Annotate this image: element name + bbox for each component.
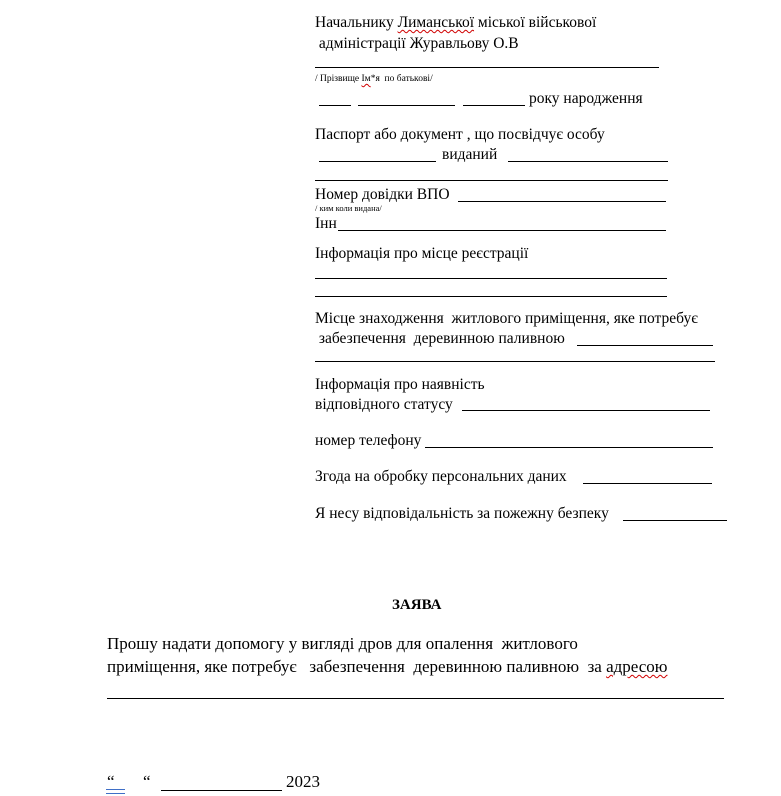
addressee-prefix: Начальнику: [315, 14, 398, 31]
date-month-blank[interactable]: [161, 790, 282, 791]
full-name-blank[interactable]: [315, 67, 659, 68]
full-name-hint: / Прізвище Ім*я по батькові/: [315, 74, 433, 85]
fire-safety-signature-blank[interactable]: [623, 520, 727, 521]
vpo-label: Номер довідки ВПО: [315, 186, 450, 204]
birth-year-label: року народження: [529, 90, 643, 108]
registration-blank-1[interactable]: [315, 278, 667, 279]
passport-label: Паспорт або документ , що посвідчує особ…: [315, 126, 605, 144]
inn-label: Інн: [315, 215, 337, 233]
phone-label: номер телефону: [315, 432, 421, 450]
dwelling-blank-1[interactable]: [577, 345, 713, 346]
birth-month-blank[interactable]: [358, 105, 455, 106]
date-year: 2023: [286, 772, 320, 792]
status-label-line-2: відповідного статусу: [315, 396, 453, 414]
phone-blank[interactable]: [425, 447, 713, 448]
statement-body-line-1: Прошу надати допомогу у вигляді дров для…: [107, 634, 578, 654]
addressee-line-2: адміністрації Журавльову О.В: [315, 35, 519, 53]
dwelling-blank-2[interactable]: [315, 361, 715, 362]
vpo-number-blank[interactable]: [458, 201, 666, 202]
dwelling-label-line-1: Місце знаходження житлового приміщення, …: [315, 310, 698, 328]
date-quote-close: “: [143, 772, 151, 792]
hint-prefix: / Прізвище: [315, 74, 362, 84]
birth-year-blank[interactable]: [463, 105, 525, 106]
spellcheck-word: Ім: [362, 74, 371, 84]
status-label-line-1: Інформація про наявність: [315, 376, 485, 394]
passport-extra-blank[interactable]: [315, 180, 668, 181]
format-mark-icon: [106, 789, 125, 794]
registration-blank-2[interactable]: [315, 296, 667, 297]
hint-suffix: *я по батькові/: [371, 74, 433, 84]
dwelling-label-line-2: забезпечення деревинною паливною: [315, 330, 565, 348]
registration-label: Інформація про місце реєстрації: [315, 245, 528, 263]
spellcheck-word: адресою: [606, 657, 667, 676]
body-line-2-prefix: приміщення, яке потребує забезпечення де…: [107, 657, 606, 676]
issued-by-blank[interactable]: [508, 161, 668, 162]
consent-signature-blank[interactable]: [583, 483, 712, 484]
passport-number-blank[interactable]: [319, 161, 436, 162]
fire-safety-label: Я несу відповідальність за пожежну безпе…: [315, 505, 609, 523]
vpo-hint: / ким коли видана/: [315, 203, 382, 213]
address-blank[interactable]: [107, 698, 724, 699]
consent-label: Згода на обробку персональних даних: [315, 468, 567, 486]
addressee-line-1: Начальнику Лиманської міської військової: [315, 14, 596, 32]
statement-title: ЗАЯВА: [392, 597, 441, 614]
issued-label: виданий: [442, 146, 497, 164]
status-blank[interactable]: [462, 410, 710, 411]
spellcheck-word: Лиманської: [398, 14, 474, 31]
statement-body-line-2: приміщення, яке потребує забезпечення де…: [107, 657, 668, 677]
birth-day-blank[interactable]: [319, 105, 351, 106]
addressee-suffix: міської військової: [474, 14, 596, 31]
inn-blank[interactable]: [338, 230, 666, 231]
